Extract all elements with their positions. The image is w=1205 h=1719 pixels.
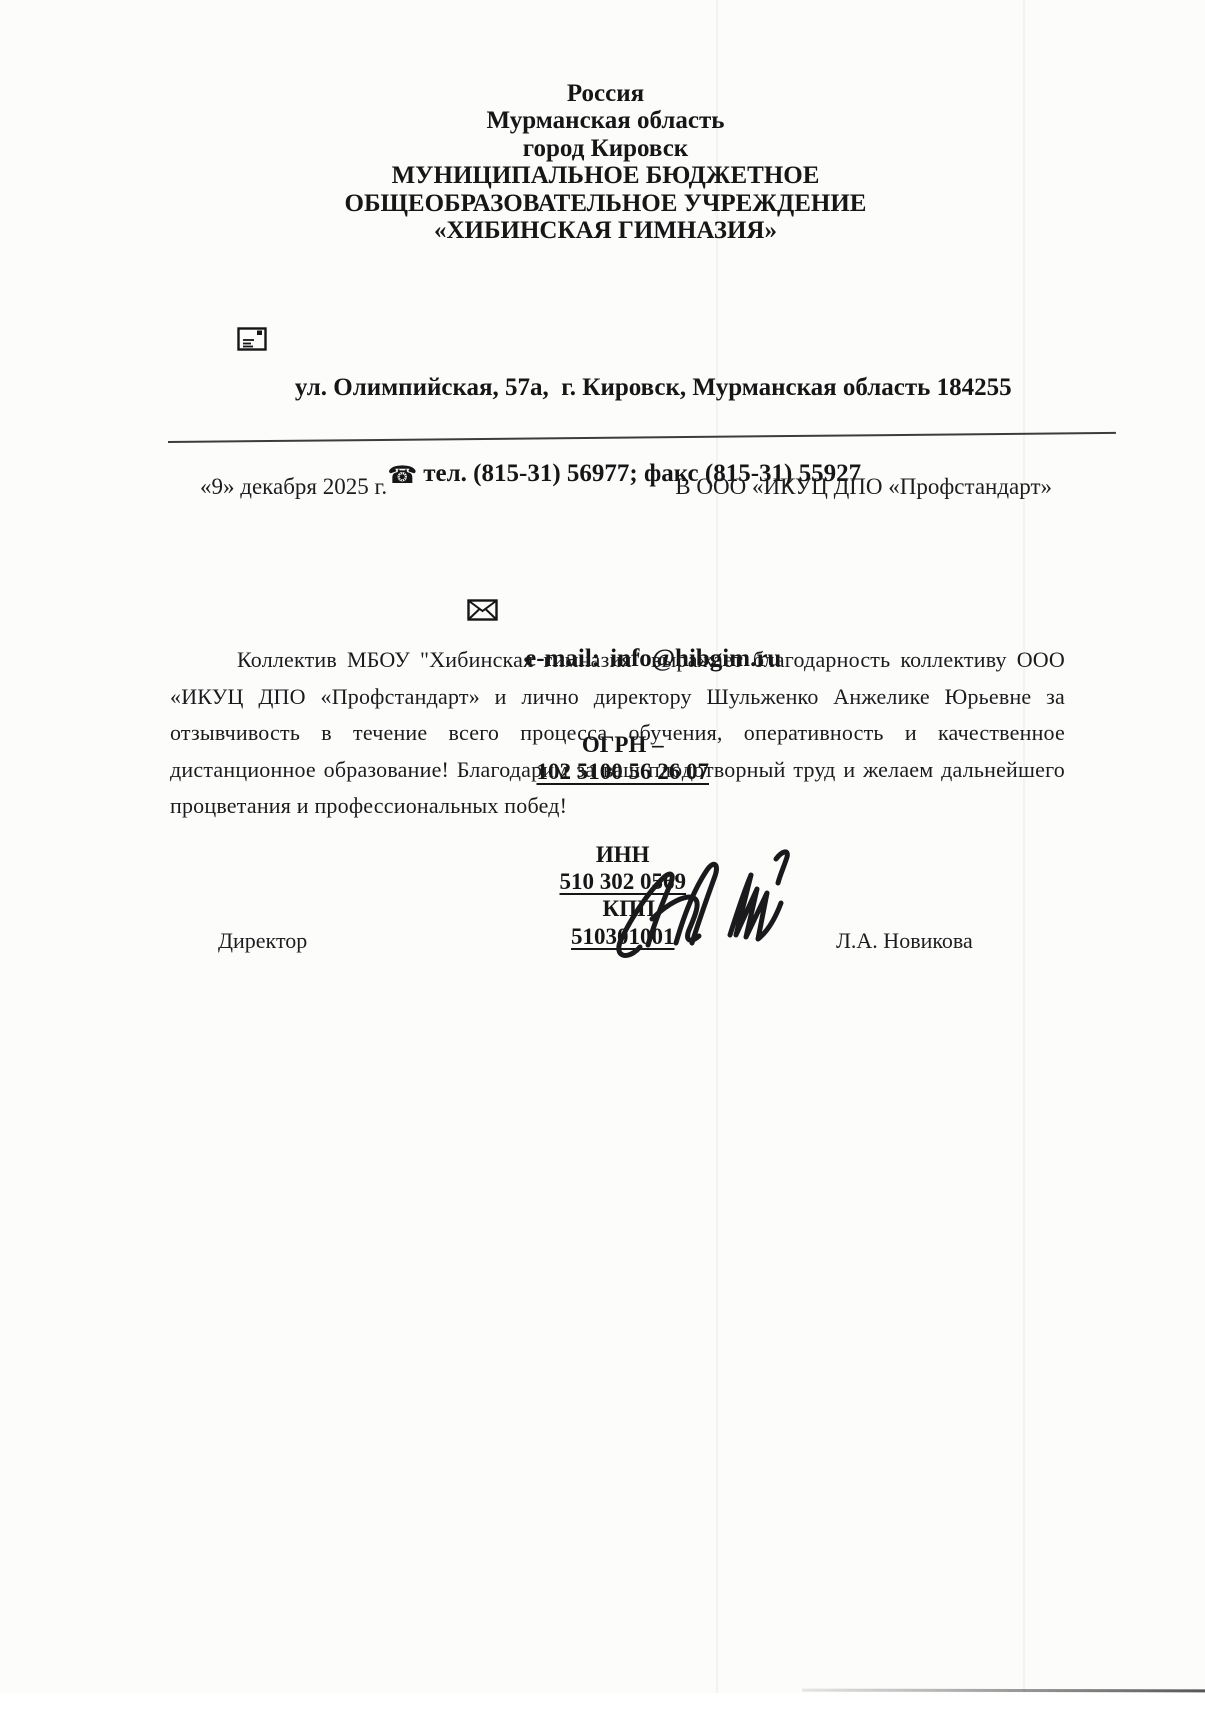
mailbox-address-icon xyxy=(237,272,287,406)
addressee: В ООО «ИКУЦ ДПО «Профстандарт» xyxy=(675,474,1052,500)
inn-kpp-line: ИНН 510 302 0569 КПП 510301001 xyxy=(8,813,1203,977)
handwritten-signature xyxy=(610,796,794,966)
signer-title: Директор xyxy=(218,928,307,954)
letterhead-country: Россия xyxy=(8,80,1203,107)
date-addressee-row: «9» декабря 2025 г. В ООО «ИКУЦ ДПО «Про… xyxy=(200,474,1052,500)
letterhead-region: Мурманская область xyxy=(8,107,1203,134)
scan-page-edge xyxy=(802,1689,1205,1693)
letterhead-org-name: «ХИБИНСКАЯ ГИМНАЗИЯ» xyxy=(8,217,1203,244)
scan-bottom-margin xyxy=(0,1693,1205,1719)
letterhead-org-line-2: ОБЩЕОБРАЗОВАТЕЛЬНОЕ УЧРЕЖДЕНИЕ xyxy=(8,190,1203,217)
address-text: ул. Олимпийская, 57а, г. Кировск, Мурман… xyxy=(295,374,1012,401)
letterhead-city: город Кировск xyxy=(8,135,1203,162)
address-line: ул. Олимпийская, 57а, г. Кировск, Мурман… xyxy=(8,244,1203,432)
signer-name: Л.А. Новикова xyxy=(836,928,973,954)
scanned-letter-page: Россия Мурманская область город Кировск … xyxy=(0,0,1205,1719)
letter-date: «9» декабря 2025 г. xyxy=(200,474,387,500)
letterhead: Россия Мурманская область город Кировск … xyxy=(8,80,1203,978)
letterhead-org-line-1: МУНИЦИПАЛЬНОЕ БЮДЖЕТНОЕ xyxy=(8,162,1203,189)
